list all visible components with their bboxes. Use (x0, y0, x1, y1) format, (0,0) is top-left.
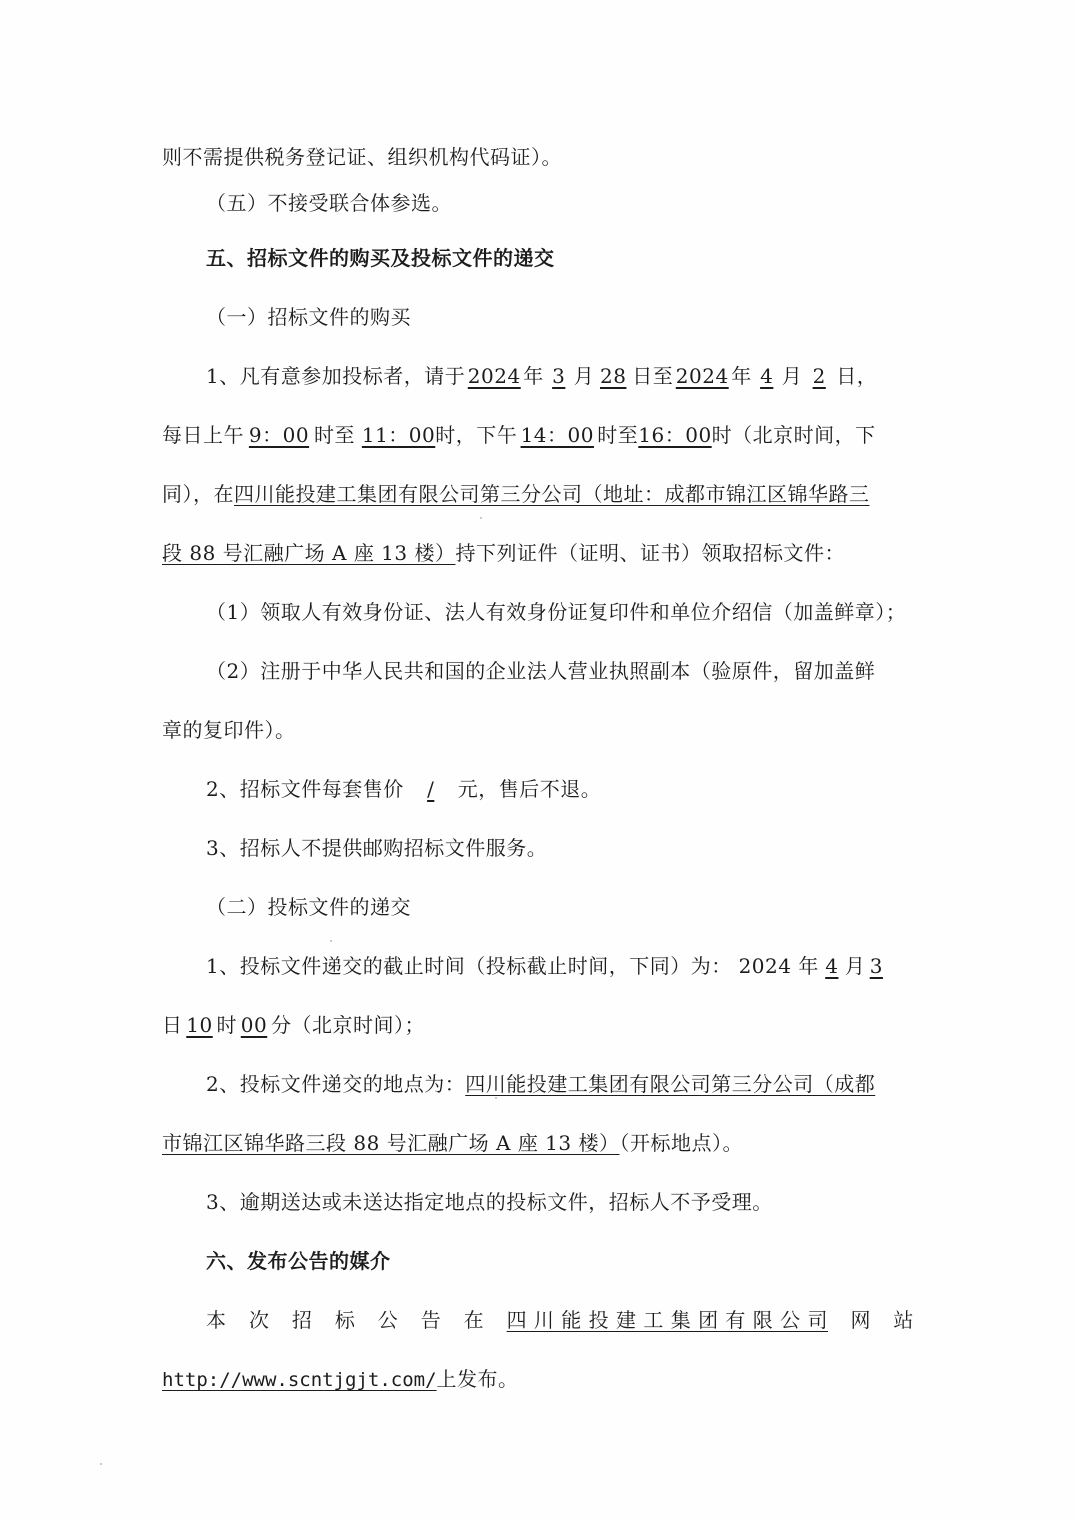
char: 告 (421, 1306, 442, 1334)
company-name-underlined: 四 川 能 投 建 工 集 团 有 限 公 司 (507, 1306, 828, 1334)
pm-start-field: 14：00 (517, 421, 597, 449)
scan-speck (100, 1463, 102, 1465)
line-text: 3、招标人不提供邮购招标文件服务。 (206, 836, 547, 860)
text: 1、凡有意参加投标者，请于 (206, 364, 465, 388)
text: 月 (782, 364, 803, 388)
am-end-field: 11：00 (362, 421, 435, 449)
purchase-location-line-1: 同），在四川能投建工集团有限公司第三分公司（地址：成都市锦江区锦华路三 (162, 480, 914, 508)
clause-no-consortium: （五）不接受联合体参选。 (206, 189, 914, 217)
text: 同），在 (162, 482, 234, 506)
text: 日， (836, 364, 877, 388)
end-month-field: 4 (752, 362, 782, 390)
text: 时至 (597, 423, 638, 447)
text: （开标地点）。 (620, 1131, 744, 1155)
char: 次 (249, 1306, 270, 1334)
end-day-field: 2 (802, 362, 836, 390)
text: 元，售后不退。 (458, 777, 602, 801)
company-address-underlined: 四川能投建工集团有限公司第三分公司（地址：成都市锦江区锦华路三 (234, 482, 870, 506)
required-document-1: （1）领取人有效身份证、法人有效身份证复印件和单位介绍信（加盖鲜章）； (206, 598, 914, 626)
company-address-underlined: 段 88 号汇融广场 A 座 13 楼） (162, 541, 456, 565)
line-text: 章的复印件）。 (162, 718, 296, 742)
start-year-field: 2024 (465, 362, 523, 390)
char: 在 (464, 1306, 485, 1334)
submission-location-line-2: 市锦江区锦华路三段 88 号汇融广场 A 座 13 楼）（开标地点）。 (162, 1129, 914, 1157)
required-document-2: （2）注册于中华人民共和国的企业法人营业执照副本（验原件，留加盖鲜 (206, 657, 914, 685)
text-line-tax-registration-note: 则不需提供税务登记证、组织机构代码证）。 (162, 143, 914, 171)
deadline-month-field: 4 (819, 952, 845, 980)
submission-address-underlined: 市锦江区锦华路三段 88 号汇融广场 A 座 13 楼） (162, 1131, 620, 1155)
late-submission-line: 3、逾期送达或未送达指定地点的投标文件，招标人不予受理。 (206, 1188, 914, 1216)
scan-speck (495, 1097, 497, 1099)
subsection-heading-purchase: （一）招标文件的购买 (206, 303, 914, 331)
section-heading-5: 五、招标文件的购买及投标文件的递交 (206, 244, 914, 272)
deadline-day-field: 3 (865, 952, 887, 980)
text: 日至 (632, 364, 673, 388)
scan-speck (480, 517, 482, 519)
text: 年 (523, 364, 544, 388)
text: 日 (162, 1013, 183, 1037)
subsection-heading-submission: （二）投标文件的递交 (206, 893, 914, 921)
purchase-period-line: 1、凡有意参加投标者，请于2024年3月28日至2024年4月2日， (206, 362, 914, 390)
line-text: 3、逾期送达或未送达指定地点的投标文件，招标人不予受理。 (206, 1190, 773, 1214)
start-day-field: 28 (594, 362, 632, 390)
scan-speck (330, 940, 332, 942)
no-mail-order-line: 3、招标人不提供邮购招标文件服务。 (206, 834, 914, 862)
document-page: 则不需提供税务登记证、组织机构代码证）。 （五）不接受联合体参选。 五、招标文件… (0, 0, 1075, 1520)
char: 网 (850, 1306, 871, 1334)
am-start-field: 9：00 (244, 421, 314, 449)
line-text: （五）不接受联合体参选。 (206, 191, 452, 215)
pm-end-field: 16：00 (638, 421, 711, 449)
text: 持下列证件（证明、证书）领取招标文件： (456, 541, 846, 565)
text: 2、招标文件每套售价 (206, 777, 404, 801)
deadline-minute-field: 00 (237, 1011, 271, 1039)
line-text: （1）领取人有效身份证、法人有效身份证复印件和单位介绍信（加盖鲜章）； (206, 600, 906, 624)
char: 招 (292, 1306, 313, 1334)
text: 年 (731, 364, 752, 388)
subsection-title: （二）投标文件的递交 (206, 895, 411, 919)
text: 月 (845, 954, 866, 978)
deadline-line-2: 日10时00分（北京时间）； (162, 1011, 914, 1039)
section-title: 六、发布公告的媒介 (206, 1249, 391, 1273)
section-title: 五、招标文件的购买及投标文件的递交 (206, 246, 555, 270)
text: 月 (574, 364, 595, 388)
text: 时，下午 (435, 423, 517, 447)
website-line: http://www.scntjgjt.com/上发布。 (162, 1365, 914, 1394)
char: 本 (206, 1306, 227, 1334)
purchase-location-line-2: 段 88 号汇融广场 A 座 13 楼）持下列证件（证明、证书）领取招标文件： (162, 539, 914, 567)
text: 时 (217, 1013, 238, 1037)
deadline-line-1: 1、投标文件递交的截止时间（投标截止时间，下同）为： 2024 年4月3 (206, 952, 914, 980)
line-text: （2）注册于中华人民共和国的企业法人营业执照副本（验原件，留加盖鲜 (206, 659, 875, 683)
section-heading-6: 六、发布公告的媒介 (206, 1247, 914, 1275)
required-document-2-cont: 章的复印件）。 (162, 716, 914, 744)
char: 公 (378, 1306, 399, 1334)
website-link[interactable]: http://www.scntjgjt.com/ (162, 1369, 437, 1391)
char: 标 (335, 1306, 356, 1334)
end-year-field: 2024 (673, 362, 731, 390)
submission-address-underlined: 四川能投建工集团有限公司第三分公司（成都 (465, 1072, 875, 1096)
text: 时（北京时间，下 (712, 423, 876, 447)
text: 1、投标文件递交的截止时间（投标截止时间，下同）为： 2024 年 (206, 954, 819, 978)
text: 时至 (314, 423, 355, 447)
text: 分（北京时间）； (271, 1013, 425, 1037)
line-text: 则不需提供税务登记证、组织机构代码证）。 (162, 145, 562, 169)
char: 站 (893, 1306, 914, 1334)
text: 2、投标文件递交的地点为： (206, 1072, 465, 1096)
document-price-line: 2、招标文件每套售价/元，售后不退。 (206, 775, 914, 803)
text: 每日上午 (162, 423, 244, 447)
text: 上发布。 (437, 1367, 519, 1391)
submission-location-line-1: 2、投标文件递交的地点为：四川能投建工集团有限公司第三分公司（成都 (206, 1070, 914, 1098)
subsection-title: （一）招标文件的购买 (206, 305, 411, 329)
start-month-field: 3 (544, 362, 574, 390)
price-field: / (404, 775, 458, 803)
purchase-hours-line: 每日上午9：00时至 11：00时，下午14：00时至16：00时（北京时间，下 (162, 421, 914, 449)
media-line: 本 次 招 标 公 告 在 四 川 能 投 建 工 集 团 有 限 公 司 网 … (206, 1306, 914, 1334)
deadline-hour-field: 10 (183, 1011, 217, 1039)
